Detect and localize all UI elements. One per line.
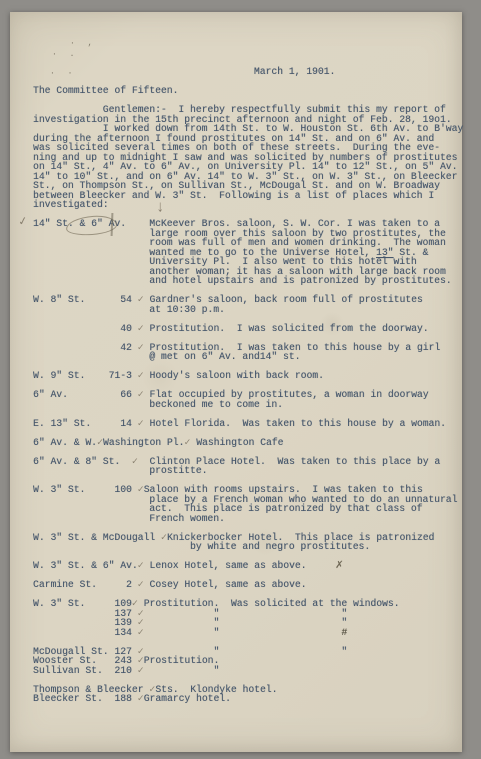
paper-speck: · , <box>70 40 96 48</box>
typed-line: W. 9" St. 71-3 ✓ Hoody's saloon with bac… <box>33 371 468 381</box>
typed-line: March 1, 1901. <box>33 67 468 77</box>
typed-line: The Committee of Fifteen. <box>33 86 468 96</box>
typed-line: @ met on 6" Av. and14" st. <box>33 352 468 362</box>
paper-speck: · . <box>52 51 78 59</box>
pencil-margin-check-annotation: ✓ <box>18 213 28 229</box>
typed-line: prostitte. <box>33 466 468 476</box>
typed-line: 6" Av. & W.✓Washington Pl.✓ Washington C… <box>33 438 468 448</box>
typed-line: 134 ✓ " # <box>33 628 468 638</box>
typed-line: at 10:30 p.m. <box>33 305 468 315</box>
letter-body: March 1, 1901.The Committee of Fifteen. … <box>33 67 468 704</box>
typed-line: Sullivan St. 210 ✓ " <box>33 666 468 676</box>
typed-line: French women. <box>33 514 468 524</box>
document-scan: March 1, 1901.The Committee of Fifteen. … <box>0 0 481 759</box>
typed-line: and hotel upstairs and is patronized by … <box>33 276 468 286</box>
paper-speck: · · <box>50 70 76 78</box>
typed-line: Bleecker St. 188 ✓Gramarcy hotel. <box>33 694 468 704</box>
pencil-down-arrow-annotation: ↓ <box>156 199 164 217</box>
typed-line: investigated: <box>33 200 468 210</box>
typed-line: beckoned me to come in. <box>33 400 468 410</box>
letter-paper: March 1, 1901.The Committee of Fifteen. … <box>10 12 462 752</box>
typed-line: by white and negro prostitutes. <box>33 542 468 552</box>
typed-line: E. 13" St. 14 ✓ Hotel Florida. Was taken… <box>33 419 468 429</box>
typed-line: 40 ✓ Prostitution. I was solicited from … <box>33 324 468 334</box>
typed-line: W. 3" St. & 6" Av.✓ Lenox Hotel, same as… <box>33 561 468 571</box>
typed-line: Carmine St. 2 ✓ Cosey Hotel, same as abo… <box>33 580 468 590</box>
